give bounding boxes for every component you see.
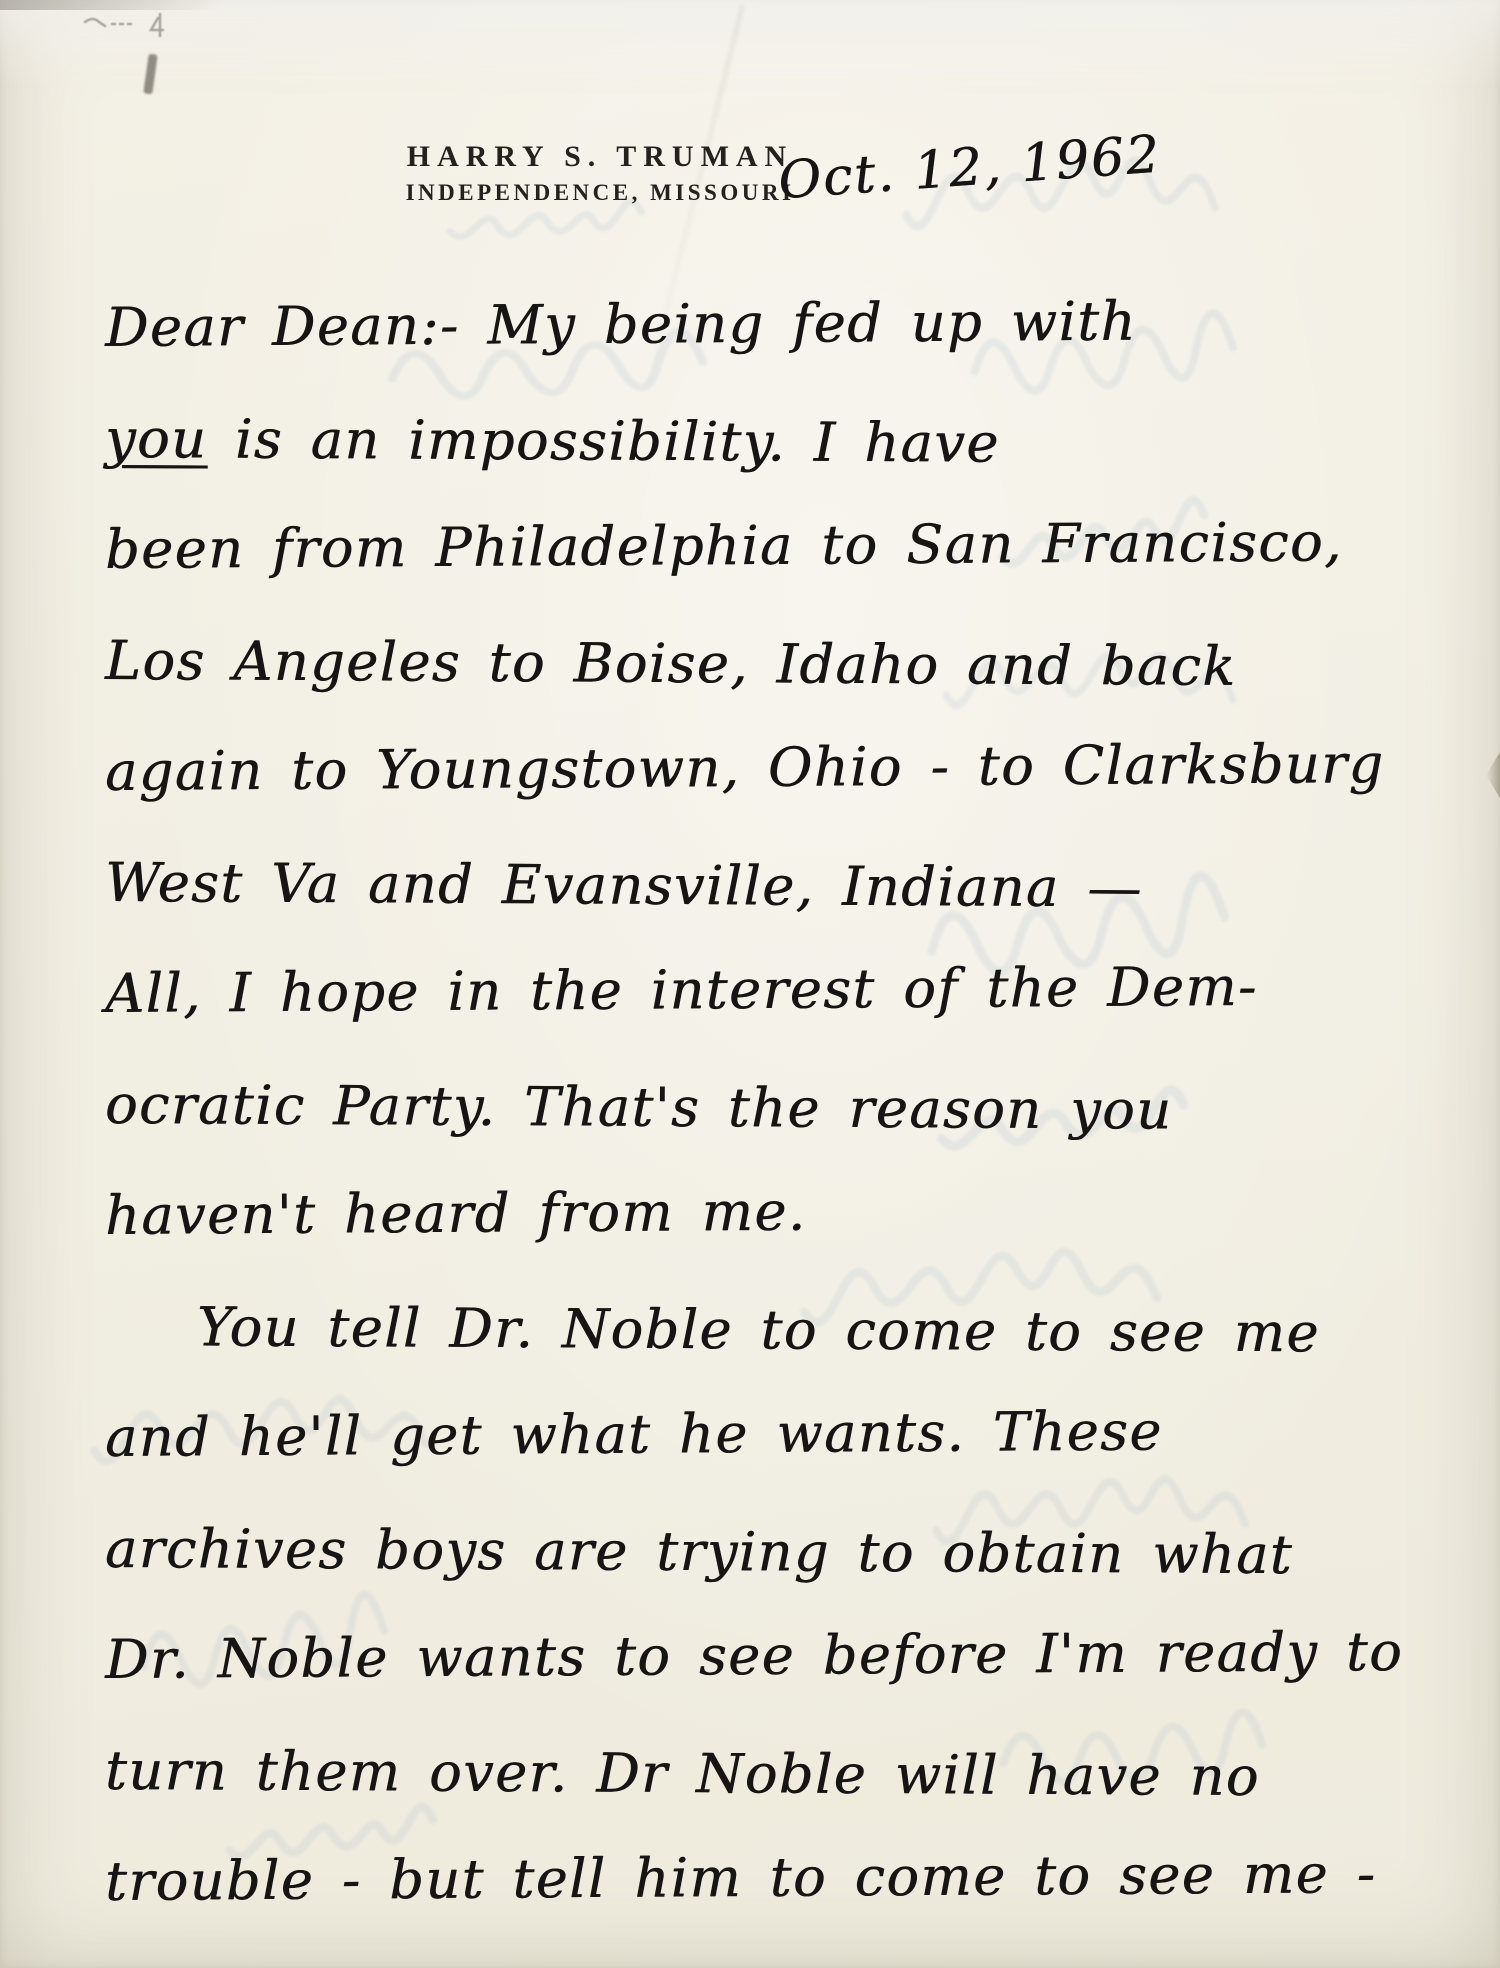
letter-line: haven't heard from me. [105,1152,1441,1271]
letter-line: Los Angeles to Boise, Idaho and back [105,605,1441,723]
letter-line: again to Youngstown, Ohio - to Clarksbur… [105,708,1441,827]
line-text: archives boys are trying to obtain what [105,1517,1293,1586]
line-text: All, I hope in the interest of the Dem- [105,955,1258,1025]
letter-line: archives boys are trying to obtain what [105,1493,1441,1611]
handwritten-date: Oct. 12, 1962 [776,125,1163,212]
letter-page: HARRY S. TRUMAN INDEPENDENCE, MISSOURI O… [0,0,1500,1968]
letter-line: You tell Dr. Noble to come to see me [105,1271,1441,1389]
line-text: Los Angeles to Boise, Idaho and back [105,629,1237,698]
letterhead-name: HARRY S. TRUMAN [400,140,800,174]
line-text: been from Philadelphia to San Francisco, [105,510,1343,581]
right-edge-tear [1486,752,1500,798]
pencil-marks [0,0,400,120]
letterhead-location: INDEPENDENCE, MISSOURI [400,179,800,207]
line-text: ocratic Party. That's the reason you [105,1073,1173,1142]
letter-line: and he'll get what he wants. These [105,1374,1441,1493]
line-text: trouble - but tell him to come to see me… [105,1842,1377,1913]
paper-damage-mark [143,54,157,95]
letter-line: trouble - but tell him to come to see me… [105,1818,1441,1937]
letter-line: been from Philadelphia to San Francisco, [105,486,1441,605]
letter-line: you is an impossibility. I have [105,383,1441,501]
line-text: and he'll get what he wants. These [105,1400,1163,1469]
letter-line: ocratic Party. That's the reason you [105,1049,1441,1167]
line-text: turn them over. Dr Noble will have no [105,1739,1260,1808]
letter-line: All, I hope in the interest of the Dem- [105,930,1441,1049]
line-text: Dear Dean:- My being fed up with [105,290,1137,359]
line-text: again to Youngstown, Ohio - to Clarksbur… [105,732,1385,803]
underlined-word: you [105,407,208,471]
line-text: Dr. Noble wants to see before I'm ready … [105,1620,1403,1691]
letter-line: turn them over. Dr Noble will have no [105,1715,1441,1833]
letterhead: HARRY S. TRUMAN INDEPENDENCE, MISSOURI [400,140,800,207]
line-text: You tell Dr. Noble to come to see me [197,1295,1320,1364]
letter-line: Dear Dean:- My being fed up with [105,264,1441,383]
letter-line: West Va and Evansville, Indiana — [105,827,1441,945]
letter-line: Dr. Noble wants to see before I'm ready … [105,1596,1441,1715]
line-text: haven't heard from me. [105,1180,807,1247]
line-text: is an impossibility. I have [207,408,1000,475]
line-text: West Va and Evansville, Indiana — [105,851,1143,919]
letter-body: Dear Dean:- My being fed up with you is … [105,272,1440,1937]
